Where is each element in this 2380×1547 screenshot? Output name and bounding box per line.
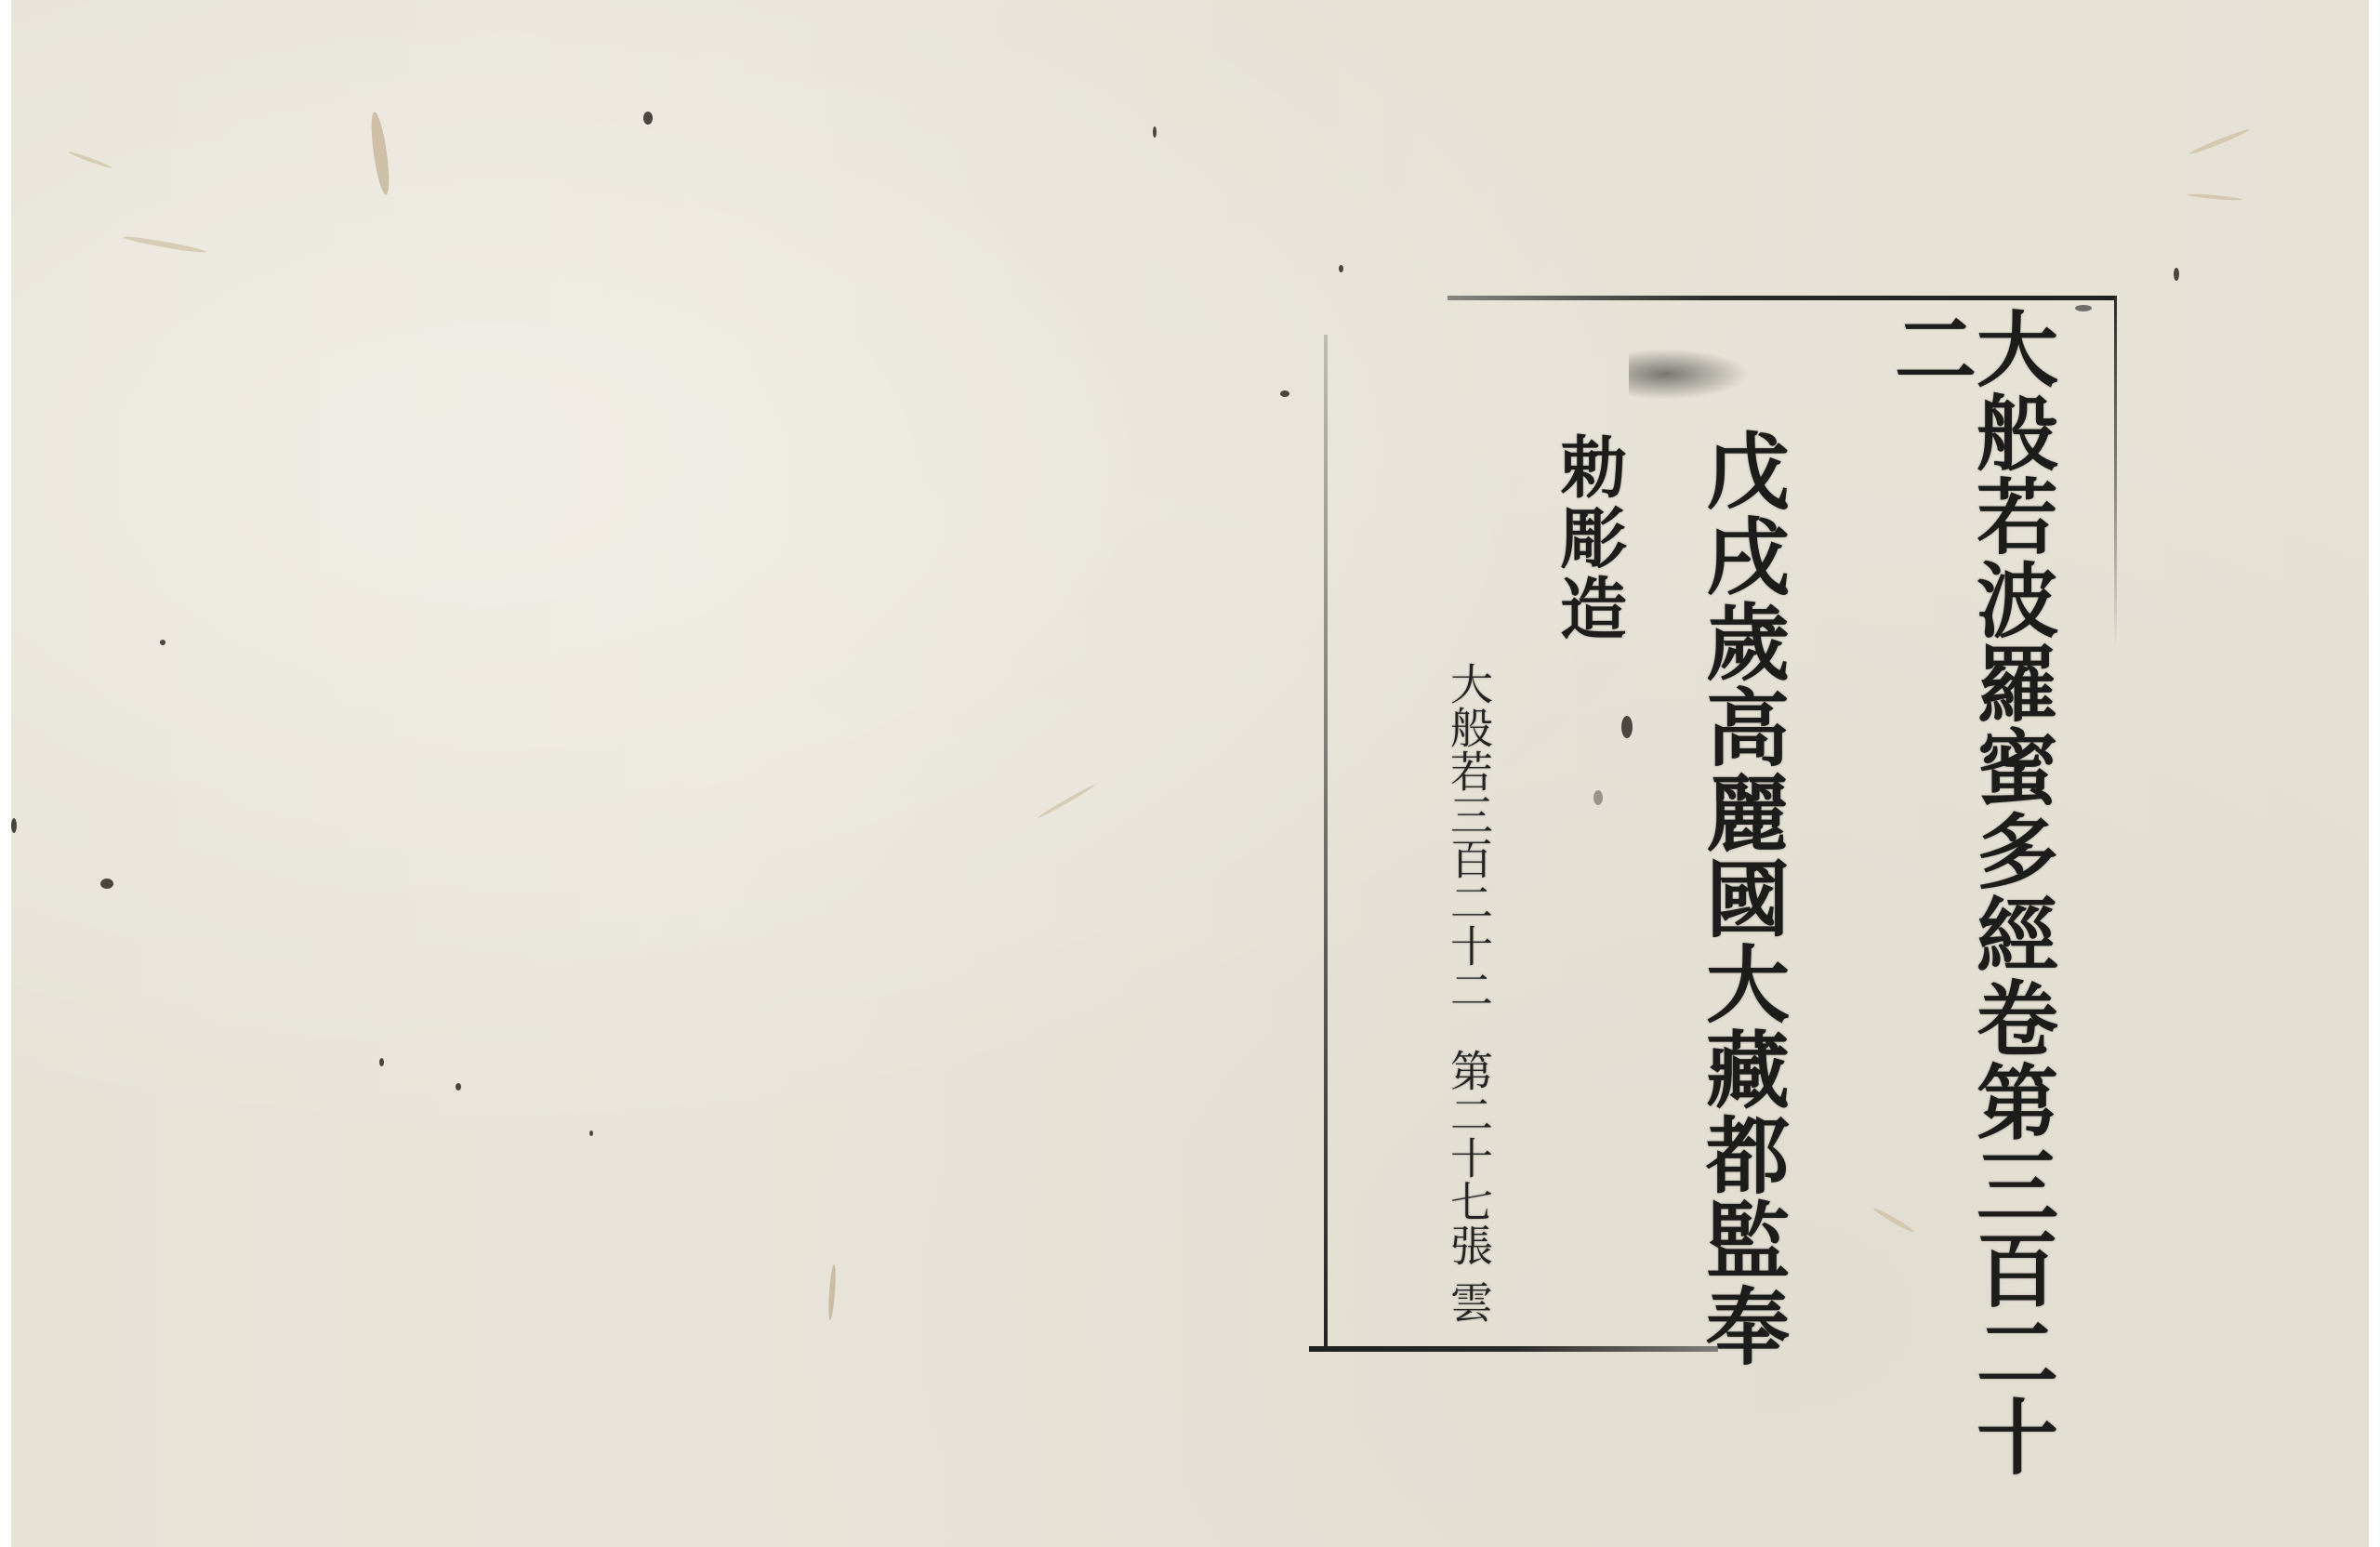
ink-speck — [1153, 126, 1157, 138]
ink-speck — [2174, 268, 2179, 281]
paper-fiber — [2188, 127, 2251, 156]
ink-speck — [1339, 265, 1343, 272]
dedication-column: 戊戌歲高麗國大藏都監奉 — [1699, 428, 1782, 1368]
frame-border-bottom — [1309, 1346, 1718, 1352]
ink-speck — [589, 1130, 593, 1136]
margin-label-column: 大般若三百二十二第二十七張雲 — [1448, 662, 1490, 1324]
ink-speck — [1280, 390, 1289, 397]
margin-case-mark: 雲 — [1444, 1280, 1494, 1324]
ink-speck — [456, 1083, 461, 1091]
ink-speck — [1593, 790, 1603, 805]
paper-fiber — [1038, 784, 1096, 819]
ink-speck — [160, 640, 165, 645]
ink-speck — [100, 879, 113, 889]
margin-sutra-short: 大般若三百二十二 — [1444, 662, 1494, 1011]
paper-fiber — [827, 1264, 837, 1320]
ink-speck — [1621, 716, 1633, 738]
frame-border-right — [2114, 296, 2117, 649]
paper-fiber — [123, 234, 206, 255]
ink-speck — [2075, 305, 2092, 311]
ink-speck — [379, 1058, 384, 1066]
ink-speck — [643, 112, 653, 125]
frame-border-top — [1448, 296, 2114, 300]
ink-speck — [11, 818, 17, 833]
imperial-order-column: 勅彫造 — [1554, 432, 1621, 644]
ink-smudge — [1629, 349, 1750, 400]
paper-fiber — [368, 111, 392, 195]
paper-fiber — [68, 151, 112, 170]
frame-border-left — [1324, 335, 1328, 1350]
sutra-title-column: 大般若波羅蜜多經卷第三百二十二 — [1889, 307, 2053, 1547]
paper-fiber — [2187, 192, 2242, 201]
margin-sheet-number: 第二十七張 — [1444, 1049, 1494, 1267]
paper-sheet: 大般若波羅蜜多經卷第三百二十二 戊戌歲高麗國大藏都監奉 勅彫造 大般若三百二十二… — [11, 0, 2369, 1547]
